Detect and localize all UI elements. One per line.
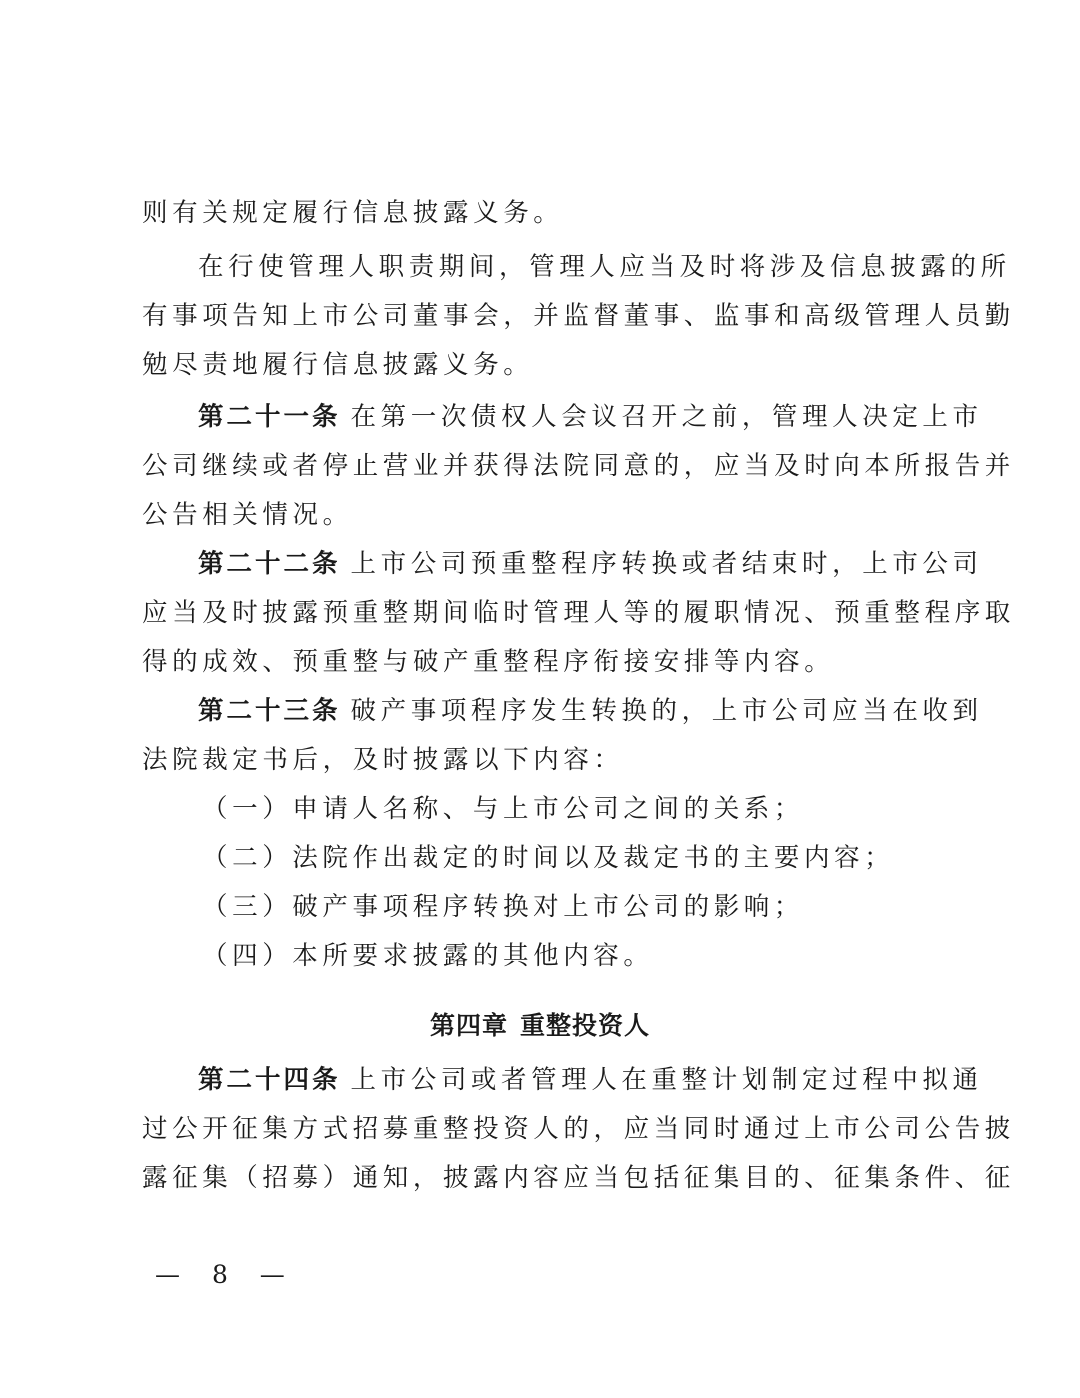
article-24-title: 第二十四条 — [198, 1065, 341, 1095]
paragraph-line: 勉尽责地履行信息披露义务。 — [142, 350, 952, 380]
page-number: — 8 — — [155, 1260, 297, 1290]
article-22-line: 得的成效、预重整与破产重整程序衔接安排等内容。 — [142, 647, 952, 677]
article-21-text: 在第一次债权人会议召开之前，管理人决定上市 — [351, 402, 983, 432]
paragraph-line: 有事项告知上市公司董事会，并监督董事、监事和高级管理人员勤 — [142, 301, 952, 331]
article-22-first-line: 第二十二条上市公司预重整程序转换或者结束时，上市公司 — [198, 549, 958, 579]
article-23-text: 破产事项程序发生转换的，上市公司应当在收到 — [351, 696, 983, 726]
article-23-first-line: 第二十三条破产事项程序发生转换的，上市公司应当在收到 — [198, 696, 958, 726]
article-24-line: 露征集（招募）通知，披露内容应当包括征集目的、征集条件、征 — [142, 1163, 952, 1193]
chapter-title: 重整投资人 — [520, 1011, 650, 1040]
list-item: （三）破产事项程序转换对上市公司的影响； — [202, 892, 1012, 922]
article-22-text: 上市公司预重整程序转换或者结束时，上市公司 — [351, 549, 983, 579]
chapter-heading: 第四章重整投资人 — [0, 1011, 1080, 1041]
article-21-line: 公司继续或者停止营业并获得法院同意的，应当及时向本所报告并 — [142, 451, 952, 481]
article-21-first-line: 第二十一条在第一次债权人会议召开之前，管理人决定上市 — [198, 402, 958, 432]
list-item: （一）申请人名称、与上市公司之间的关系； — [202, 794, 1012, 824]
article-21-title: 第二十一条 — [198, 402, 341, 432]
article-23-line: 法院裁定书后，及时披露以下内容： — [142, 745, 952, 775]
article-22-title: 第二十二条 — [198, 549, 341, 579]
chapter-number: 第四章 — [430, 1011, 508, 1040]
article-24-first-line: 第二十四条上市公司或者管理人在重整计划制定过程中拟通 — [198, 1065, 958, 1095]
document-page: 则有关规定履行信息披露义务。 在行使管理人职责期间，管理人应当及时将涉及信息披露… — [0, 0, 1080, 1398]
paragraph-line: 则有关规定履行信息披露义务。 — [142, 198, 952, 228]
paragraph-line: 在行使管理人职责期间，管理人应当及时将涉及信息披露的所 — [198, 252, 958, 282]
list-item: （四）本所要求披露的其他内容。 — [202, 941, 1012, 971]
article-23-title: 第二十三条 — [198, 696, 341, 726]
article-24-line: 过公开征集方式招募重整投资人的，应当同时通过上市公司公告披 — [142, 1114, 952, 1144]
article-21-line: 公告相关情况。 — [142, 500, 952, 530]
list-item: （二）法院作出裁定的时间以及裁定书的主要内容； — [202, 843, 1012, 873]
article-24-text: 上市公司或者管理人在重整计划制定过程中拟通 — [351, 1065, 983, 1095]
article-22-line: 应当及时披露预重整期间临时管理人等的履职情况、预重整程序取 — [142, 598, 952, 628]
